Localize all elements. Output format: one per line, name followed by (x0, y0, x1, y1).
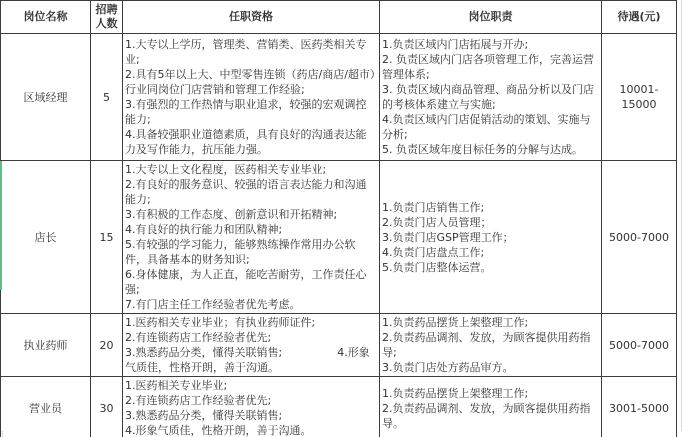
header-cell-duties: 岗位职责 (380, 1, 602, 34)
qualifications-cell: 1.医药相关专业毕业；有执业药师证件;2.有连锁药店工作经验者优先;3.熟悉药品… (123, 314, 380, 377)
table-row: 执业药师 20 1.医药相关专业毕业；有执业药师证件;2.有连锁药店工作经验者优… (1, 314, 677, 377)
text-line: 2.负责药品调剂、发放，为顾客提供用药指导。 (382, 401, 599, 431)
text-line: 1.医药相关专业毕业；有执业药师证件; (125, 315, 377, 330)
duties-cell: 1.负责门店销售工作;2.负责门店人员管理；3.负责门店GSP管理工作；4.负责… (380, 161, 602, 314)
text-line: 5.有较强的学习能力，能够熟练操作常用办公软件，具备基本的财务知识; (125, 237, 377, 267)
text-line: 6.身体健康，为人正直，能吃苦耐劳，工作责任心强; (125, 267, 377, 297)
salary-cell: 5000-7000 (602, 314, 677, 377)
salary-cell: 5000-7000 (602, 161, 677, 314)
position-cell: 营业员 (1, 377, 91, 437)
job-recruitment-table: 岗位名称 招聘人数 任职资格 岗位职责 待遇(元) 区域经理 5 1.大专以上学… (0, 0, 677, 437)
position-cell: 店长 (1, 161, 91, 314)
text-line: 2.有良好的服务意识、较强的语言表达能力和沟通能力; (125, 177, 377, 207)
text-line: 2.有连锁药店工作经验者优先; (125, 393, 377, 408)
recruitment-table-page: 岗位名称 招聘人数 任职资格 岗位职责 待遇(元) 区域经理 5 1.大专以上学… (0, 0, 685, 437)
text-line: 2. 负责区域内门店各项管理工作，完善运营管理体系; (382, 52, 599, 82)
salary-cell: 10001-15000 (602, 34, 677, 161)
text-line: 2.具有5年以上大、中型零售连锁（药店/商店/超市）行业同岗位门店营销和管理工作… (125, 67, 377, 97)
table-row: 营业员 30 1.医药相关专业毕业;2.有连锁药店工作经验者优先;3.熟悉药品分… (1, 377, 677, 437)
position-cell: 区域经理 (1, 34, 91, 161)
text-line: 1.负责门店销售工作; (382, 200, 599, 215)
faint-gridline-bottom-stub (2, 431, 3, 437)
text-line: 3.熟悉药品分类，懂得关联销售; (125, 408, 377, 423)
count-cell: 30 (91, 377, 123, 437)
table-row: 区域经理 5 1.大专以上学历，管理类、营销类、医药类相关专业;2.具有5年以上… (1, 34, 677, 161)
header-cell-count: 招聘人数 (91, 1, 123, 34)
text-line: 4.负责门店盘点工作; (382, 245, 599, 260)
text-line: 5. 负责区域年度目标任务的分解与达成。 (382, 142, 599, 157)
text-line: 1.负责药品摆货上架整理工作; (382, 386, 599, 401)
count-cell: 15 (91, 161, 123, 314)
faint-gridline-right (681, 0, 682, 431)
text-line: 1.大专以上文化程度，医药相关专业毕业; (125, 162, 377, 177)
header-cell-position: 岗位名称 (1, 1, 91, 34)
text-line: 4.有良好的执行能力和团队精神; (125, 222, 377, 237)
header-cell-salary: 待遇(元) (602, 1, 677, 34)
text-line: 7.有门店主任工作经验者优先考虑。 (125, 297, 377, 312)
text-line: 2.负责门店人员管理； (382, 215, 599, 230)
text-line: 1.负责药品摆货上架整理工作; (382, 315, 599, 330)
text-line: 3.负责门店处方药品审方。 (382, 360, 599, 375)
header-cell-qualifications: 任职资格 (123, 1, 380, 34)
duties-cell: 1.负责药品摆货上架整理工作;2.负责药品调剂、发放，为顾客提供用药指导;3.负… (380, 314, 602, 377)
text-line: 3.有强烈的工作热情与职业追求，较强的宏观调控能力; (125, 97, 377, 127)
text-line: 4.具备较强职业道德素质，具有良好的沟通表达能力及写作能力，抗压能力强。 (125, 127, 377, 157)
duties-cell: 1.负责区域内门店拓展与开办;2. 负责区域内门店各项管理工作，完善运营管理体系… (380, 34, 602, 161)
text-line: 4.形象气质佳，性格开朗，善于沟通。 (125, 423, 377, 437)
text-line: 3.负责门店GSP管理工作； (382, 230, 599, 245)
table-row: 店长 15 1.大专以上文化程度，医药相关专业毕业;2.有良好的服务意识、较强的… (1, 161, 677, 314)
green-selection-line (0, 161, 2, 290)
position-cell: 执业药师 (1, 314, 91, 377)
header-row: 岗位名称 招聘人数 任职资格 岗位职责 待遇(元) (1, 1, 677, 34)
count-cell: 5 (91, 34, 123, 161)
text-line: 2.有连锁药店工作经验者优先; (125, 330, 377, 345)
text-line: 3.熟悉药品分类，懂得关联销售; 4.形象气质佳，性格开朗，善于沟通。 (125, 345, 377, 375)
text-line: 4.负责区域内门店促销活动的策划、实施与分析; (382, 112, 599, 142)
count-cell: 20 (91, 314, 123, 377)
salary-cell: 3001-5000 (602, 377, 677, 437)
text-line: 1.医药相关专业毕业; (125, 378, 377, 393)
text-line: 5.负责门店整体运营。 (382, 260, 599, 275)
text-line: 3.有积极的工作态度、创新意识和开拓精神; (125, 207, 377, 222)
duties-cell: 1.负责药品摆货上架整理工作;2.负责药品调剂、发放，为顾客提供用药指导。 (380, 377, 602, 437)
qualifications-cell: 1.大专以上文化程度，医药相关专业毕业;2.有良好的服务意识、较强的语言表达能力… (123, 161, 380, 314)
text-line: 2.负责药品调剂、发放，为顾客提供用药指导; (382, 330, 599, 360)
text-line: 3. 负责区域内商品管理、商品分析以及门店的考核体系建立与实施; (382, 82, 599, 112)
text-line: 1.负责区域内门店拓展与开办; (382, 37, 599, 52)
qualifications-cell: 1.大专以上学历，管理类、营销类、医药类相关专业;2.具有5年以上大、中型零售连… (123, 34, 380, 161)
qualifications-cell: 1.医药相关专业毕业;2.有连锁药店工作经验者优先;3.熟悉药品分类，懂得关联销… (123, 377, 380, 437)
text-line: 1.大专以上学历，管理类、营销类、医药类相关专业; (125, 37, 377, 67)
